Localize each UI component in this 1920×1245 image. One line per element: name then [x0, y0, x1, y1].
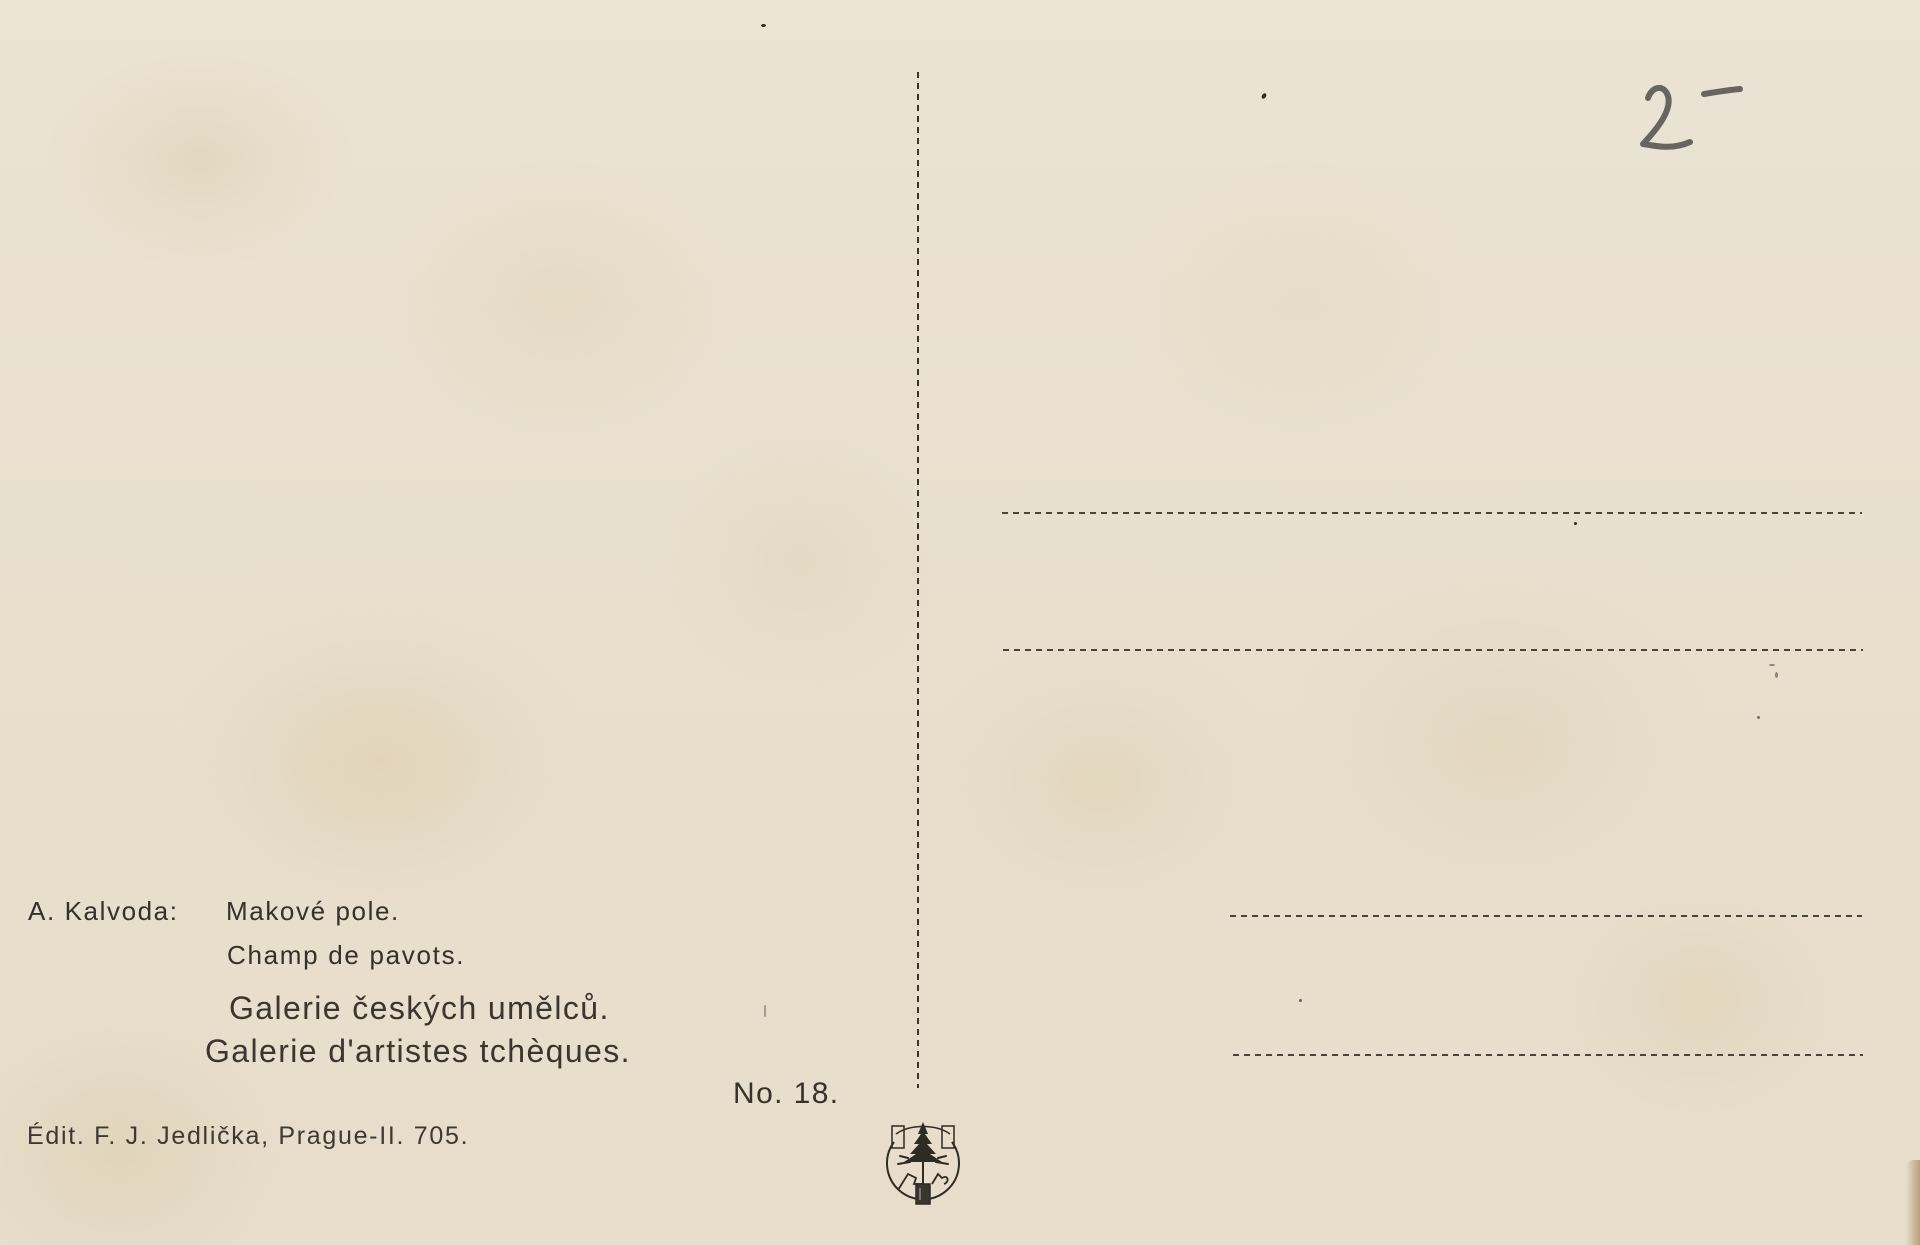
gallery-name-fr: Galerie d'artistes tchèques. [205, 1035, 631, 1067]
artist-name: A. Kalvoda: [28, 898, 226, 924]
address-line [1233, 1054, 1863, 1056]
publisher-logo [880, 1112, 966, 1208]
ink-speck [1769, 664, 1775, 666]
postcard-back: A. Kalvoda:Makové pole. Champ de pavots.… [0, 0, 1920, 1245]
address-line [1230, 915, 1862, 917]
ink-speck [764, 1005, 766, 1017]
address-line [1002, 512, 1862, 514]
publisher-imprint: Édit. F. J. Jedlička, Prague-II. 705. [27, 1124, 469, 1149]
artwork-title-cz: Makové pole. [226, 896, 400, 926]
handwritten-2-icon [1628, 72, 1758, 162]
ink-speck [1574, 522, 1577, 525]
ink-speck [1261, 92, 1267, 99]
ink-speck [761, 24, 766, 27]
edge-stain [1906, 1160, 1920, 1245]
artwork-caption: A. Kalvoda:Makové pole. [28, 898, 400, 924]
message-address-divider [917, 72, 919, 1088]
tree-emblem-icon [880, 1112, 966, 1208]
gallery-name-cz: Galerie českých umělců. [229, 992, 610, 1024]
ink-speck [1775, 672, 1778, 678]
card-number: No. 18. [733, 1079, 840, 1109]
handwritten-price-mark [1628, 72, 1758, 162]
ink-speck [1757, 716, 1760, 719]
artwork-title-fr: Champ de pavots. [227, 942, 465, 968]
ink-speck [1299, 999, 1302, 1002]
address-line [1003, 649, 1863, 651]
